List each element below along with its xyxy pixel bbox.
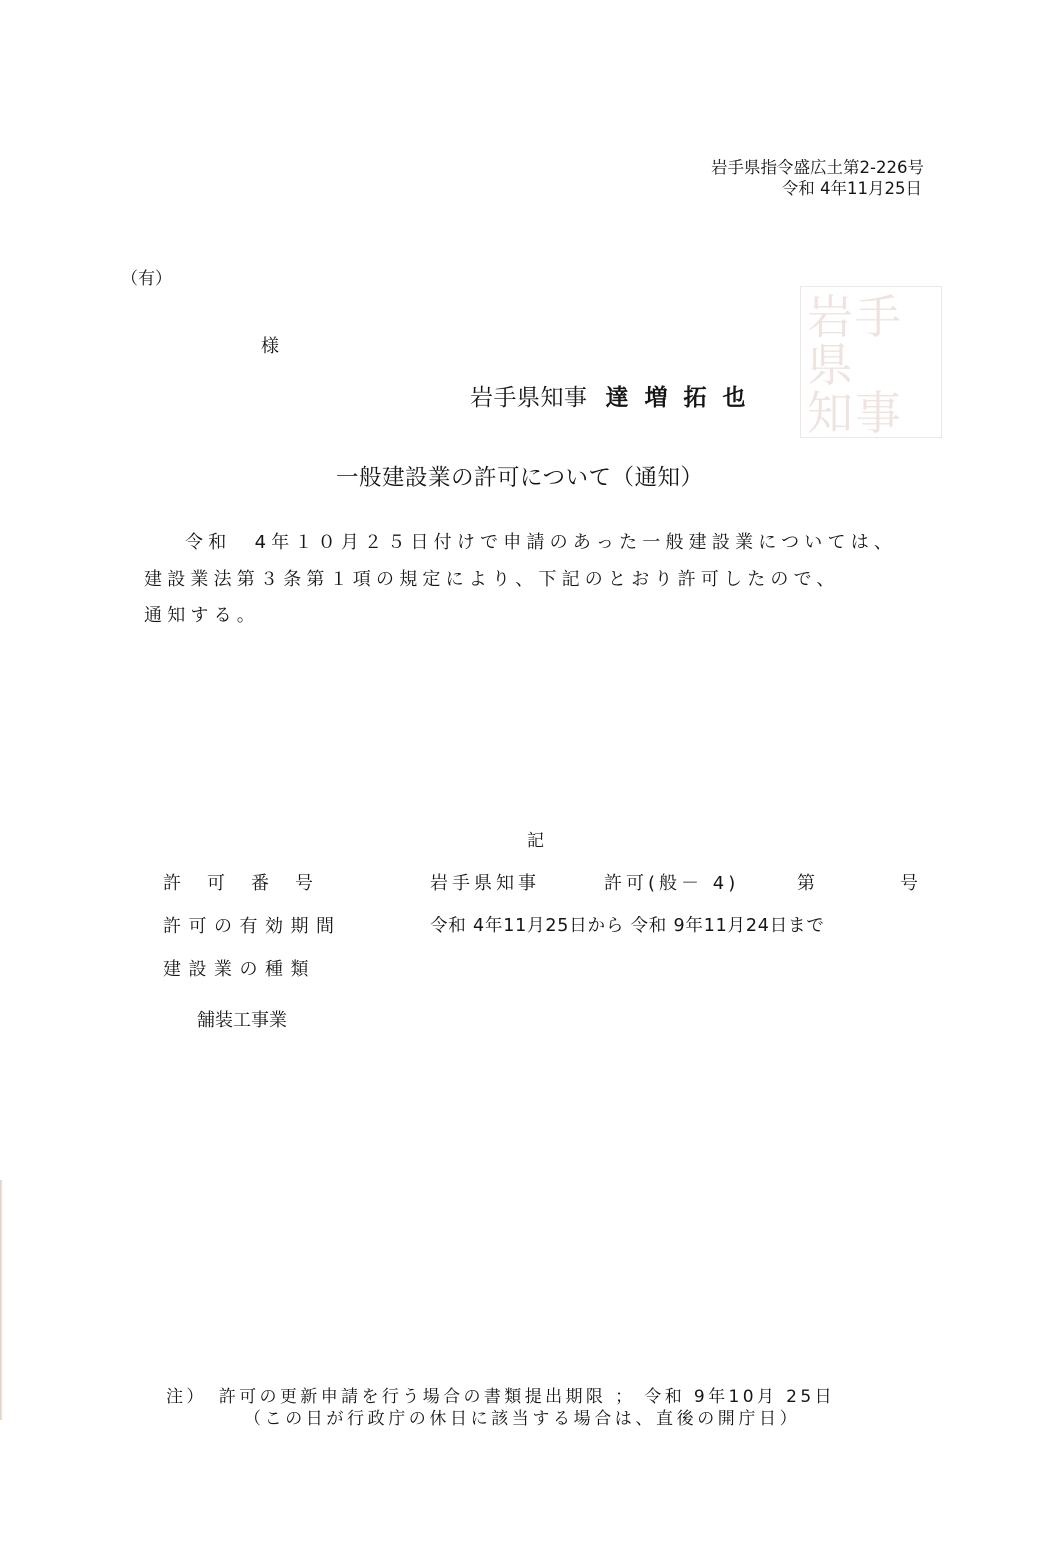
permit-number-go: 号 (900, 869, 918, 895)
construction-type-item: 舗装工事業 (197, 1006, 287, 1032)
document-subject: 一般建設業の許可について（通知） (336, 460, 704, 492)
sender-name: 達増拓也 (606, 385, 762, 411)
issue-date: 令和 4年11月25日 (782, 178, 922, 200)
permit-issuer: 岩手県知事 (430, 869, 540, 895)
permit-number-label: 許可番号 (163, 869, 339, 895)
body-line-2: 建設業法第３条第１項の規定により、下記のとおり許可したので、 (144, 565, 840, 591)
seal-line-1: 岩手県 (807, 293, 941, 389)
renewal-deadline-subnote: （この日が行政庁の休日に該当する場合は、直後の開庁日） (244, 1404, 800, 1429)
seal-line-2: 知事之印 (807, 389, 941, 438)
record-heading: 記 (527, 826, 544, 851)
recipient-company-type: （有） (121, 264, 172, 289)
sender-block: 岩手県知事達増拓也 (470, 379, 762, 412)
scan-edge-shadow (0, 1180, 3, 1420)
permit-type: 許可(般－ 4) (604, 869, 739, 895)
permit-number-dai: 第 (797, 869, 815, 895)
recipient-honorific: 様 (261, 332, 279, 358)
validity-period-value: 令和 4年11月25日から 令和 9年11月24日まで (430, 912, 825, 937)
official-seal-stamp: 岩手県 知事之印 盛岡広域振興局 (800, 286, 942, 438)
construction-type-label: 建設業の種類 (163, 955, 316, 981)
validity-period-label: 許可の有効期間 (163, 912, 342, 938)
permit-notice-document: 岩手県指令盛広土第2-226号 令和 4年11月25日 （有） 様 岩手県知事達… (0, 0, 1052, 1555)
body-line-1: 令和 4年１０月２５日付けで申請のあった一般建設業については、 (185, 528, 897, 554)
document-number: 岩手県指令盛広土第2-226号 (711, 157, 924, 179)
sender-title: 岩手県知事 (470, 385, 588, 411)
body-line-3: 通知する。 (144, 601, 260, 627)
